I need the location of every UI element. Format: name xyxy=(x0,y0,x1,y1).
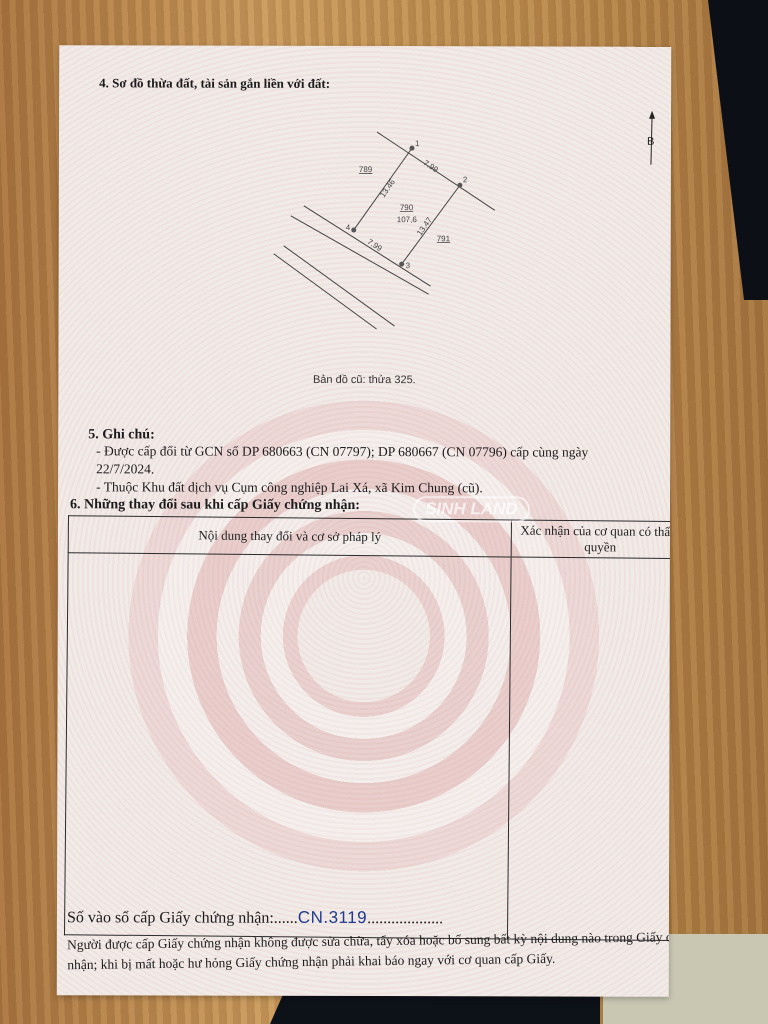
dotted-leader-after: ................... xyxy=(367,910,443,927)
registration-number-handwritten: CN.3119 xyxy=(298,908,367,927)
vertex-3: 3 xyxy=(406,261,411,270)
sinh-land-watermark: SINH LAND xyxy=(413,496,530,522)
registration-label: Số vào sổ cấp Giấy chứng nhận: xyxy=(67,909,274,927)
note-line-1: - Được cấp đổi từ GCN số DP 680663 (CN 0… xyxy=(96,443,588,460)
section-6-title: 6. Những thay đổi sau khi cấp Giấy chứng… xyxy=(70,497,360,514)
north-arrow-icon: B xyxy=(647,111,655,165)
edge-left: 13.46 xyxy=(378,177,397,199)
changes-table: Nội dung thay đổi và cơ sở pháp lý Xác n… xyxy=(64,515,671,941)
dotted-leader: ...... xyxy=(274,910,298,927)
old-map-caption: Bản đồ cũ: thửa 325. xyxy=(58,373,670,387)
neighbor-parcel-791: 791 xyxy=(437,234,451,243)
edge-right: 13.47 xyxy=(415,215,434,237)
vertex-2: 2 xyxy=(463,175,468,184)
note-line-2: - Thuộc Khu đất dịch vụ Cụm công nghiệp … xyxy=(96,479,483,496)
north-label: B xyxy=(647,136,654,148)
vertex-1: 1 xyxy=(415,139,420,148)
legal-warning: Người được cấp Giấy chứng nhận không đượ… xyxy=(67,927,671,976)
neighbor-parcel-789: 789 xyxy=(359,165,373,174)
section-5-title: 5. Ghi chú: xyxy=(88,427,155,443)
table-cell-confirmation xyxy=(507,557,671,941)
registration-number-line: Số vào sổ cấp Giấy chứng nhận:......CN.3… xyxy=(67,907,443,928)
vertex-4: 4 xyxy=(346,223,351,232)
table-row-empty xyxy=(64,553,671,941)
parcel-id: 790 xyxy=(400,203,414,212)
land-certificate-page: 4. Sơ đồ thừa đất, tài sản gắn liền với … xyxy=(57,45,671,997)
parcel-area: 107,6 xyxy=(397,215,418,224)
column-header-confirmation: Xác nhận của cơ quan có thẩm quyền xyxy=(511,520,671,559)
note-line-1-date: 22/7/2024. xyxy=(96,461,154,477)
parcel-map: 1 2 3 4 789 791 790 107,6 7.99 13.47 7.9… xyxy=(58,45,671,387)
table-cell-content xyxy=(64,553,511,939)
